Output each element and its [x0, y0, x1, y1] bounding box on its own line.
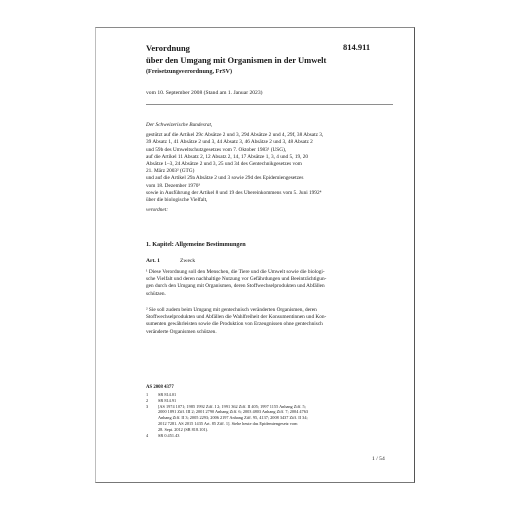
- paragraph-line: ² Sie soll zudem beim Umgang mit gentech…: [146, 307, 396, 314]
- chapter-heading: 1. Kapitel: Allgemeine Bestimmungen: [146, 241, 246, 248]
- footnote-text: SR 0.451.43: [158, 433, 396, 439]
- preamble-line: gestützt auf die Artikel 29c Absätze 2 u…: [146, 132, 396, 139]
- article-paragraph-1: ¹ Diese Verordnung soll den Menschen, di…: [146, 269, 396, 298]
- preamble: Der Schweizerische Bundesrat, gestützt a…: [146, 122, 396, 214]
- paragraph-line: gen durch den Umgang mit Organismen, der…: [146, 283, 396, 290]
- footnote-number: 4: [146, 433, 158, 439]
- page-indicator: 1 / 54: [372, 456, 385, 462]
- preamble-line: Absätze 1–3, 24 Absätze 2 und 3, 25 und …: [146, 161, 396, 168]
- paragraph-line: sumenten gewährleisten sowie die Produkt…: [146, 321, 396, 328]
- preamble-line: auf die Artikel 11 Absatz 2, 12 Absatz 2…: [146, 154, 396, 161]
- footnotes: 1 SR 814.01 2 SR 814.91 3 [AS 1974 1071;…: [146, 392, 396, 438]
- paragraph-line: schützen.: [146, 291, 396, 298]
- footnote: 4 SR 0.451.43: [146, 433, 396, 439]
- header-divider: [146, 104, 393, 105]
- article-number: Art. 1: [146, 258, 160, 264]
- article-paragraph-2: ² Sie soll zudem beim Umgang mit gentech…: [146, 307, 396, 336]
- preamble-line: und 59b des Umweltschutzgesetzes vom 7. …: [146, 147, 396, 154]
- article-title: Zweck: [180, 258, 195, 264]
- preamble-line: 39 Absatz 1, 41 Absätze 2 und 3, 44 Absa…: [146, 139, 396, 146]
- sr-number: 814.911: [343, 42, 370, 52]
- preamble-line: über die biologische Vielfalt,: [146, 197, 396, 204]
- preamble-issuer: Der Schweizerische Bundesrat,: [146, 122, 396, 129]
- preamble-line: und auf die Artikel 29a Absätze 2 und 3 …: [146, 175, 396, 182]
- paragraph-line: Stoffwechselprodukten und Abfällen die W…: [146, 314, 396, 321]
- paragraph-line: veränderte Organismen schützen.: [146, 329, 396, 336]
- title-line-2: über den Umgang mit Organismen in der Um…: [146, 55, 326, 65]
- preamble-line: 21. März 2003² (GTG): [146, 168, 396, 175]
- as-reference: AS 2008 4377: [146, 385, 174, 390]
- document-page: 814.911 Verordnung über den Umgang mit O…: [95, 27, 415, 483]
- paragraph-line: sche Vielfalt und deren nachhaltige Nutz…: [146, 276, 396, 283]
- preamble-line: sowie in Ausführung der Artikel 8 und 19…: [146, 190, 396, 197]
- footnote: 3 [AS 1974 1071; 1985 1992 Ziff. I 2; 19…: [146, 404, 396, 433]
- preamble-line: vom 18. Dezember 1970³: [146, 183, 396, 190]
- paragraph-line: ¹ Diese Verordnung soll den Menschen, di…: [146, 269, 396, 276]
- title-short-name: (Freisetzungsverordnung, FrSV): [146, 68, 232, 75]
- preamble-enactment: verordnet:: [146, 207, 396, 214]
- date-line: vom 10. September 2008 (Stand am 1. Janu…: [146, 90, 263, 96]
- title-line-1: Verordnung: [146, 43, 190, 53]
- footnote-number: 3: [146, 404, 158, 433]
